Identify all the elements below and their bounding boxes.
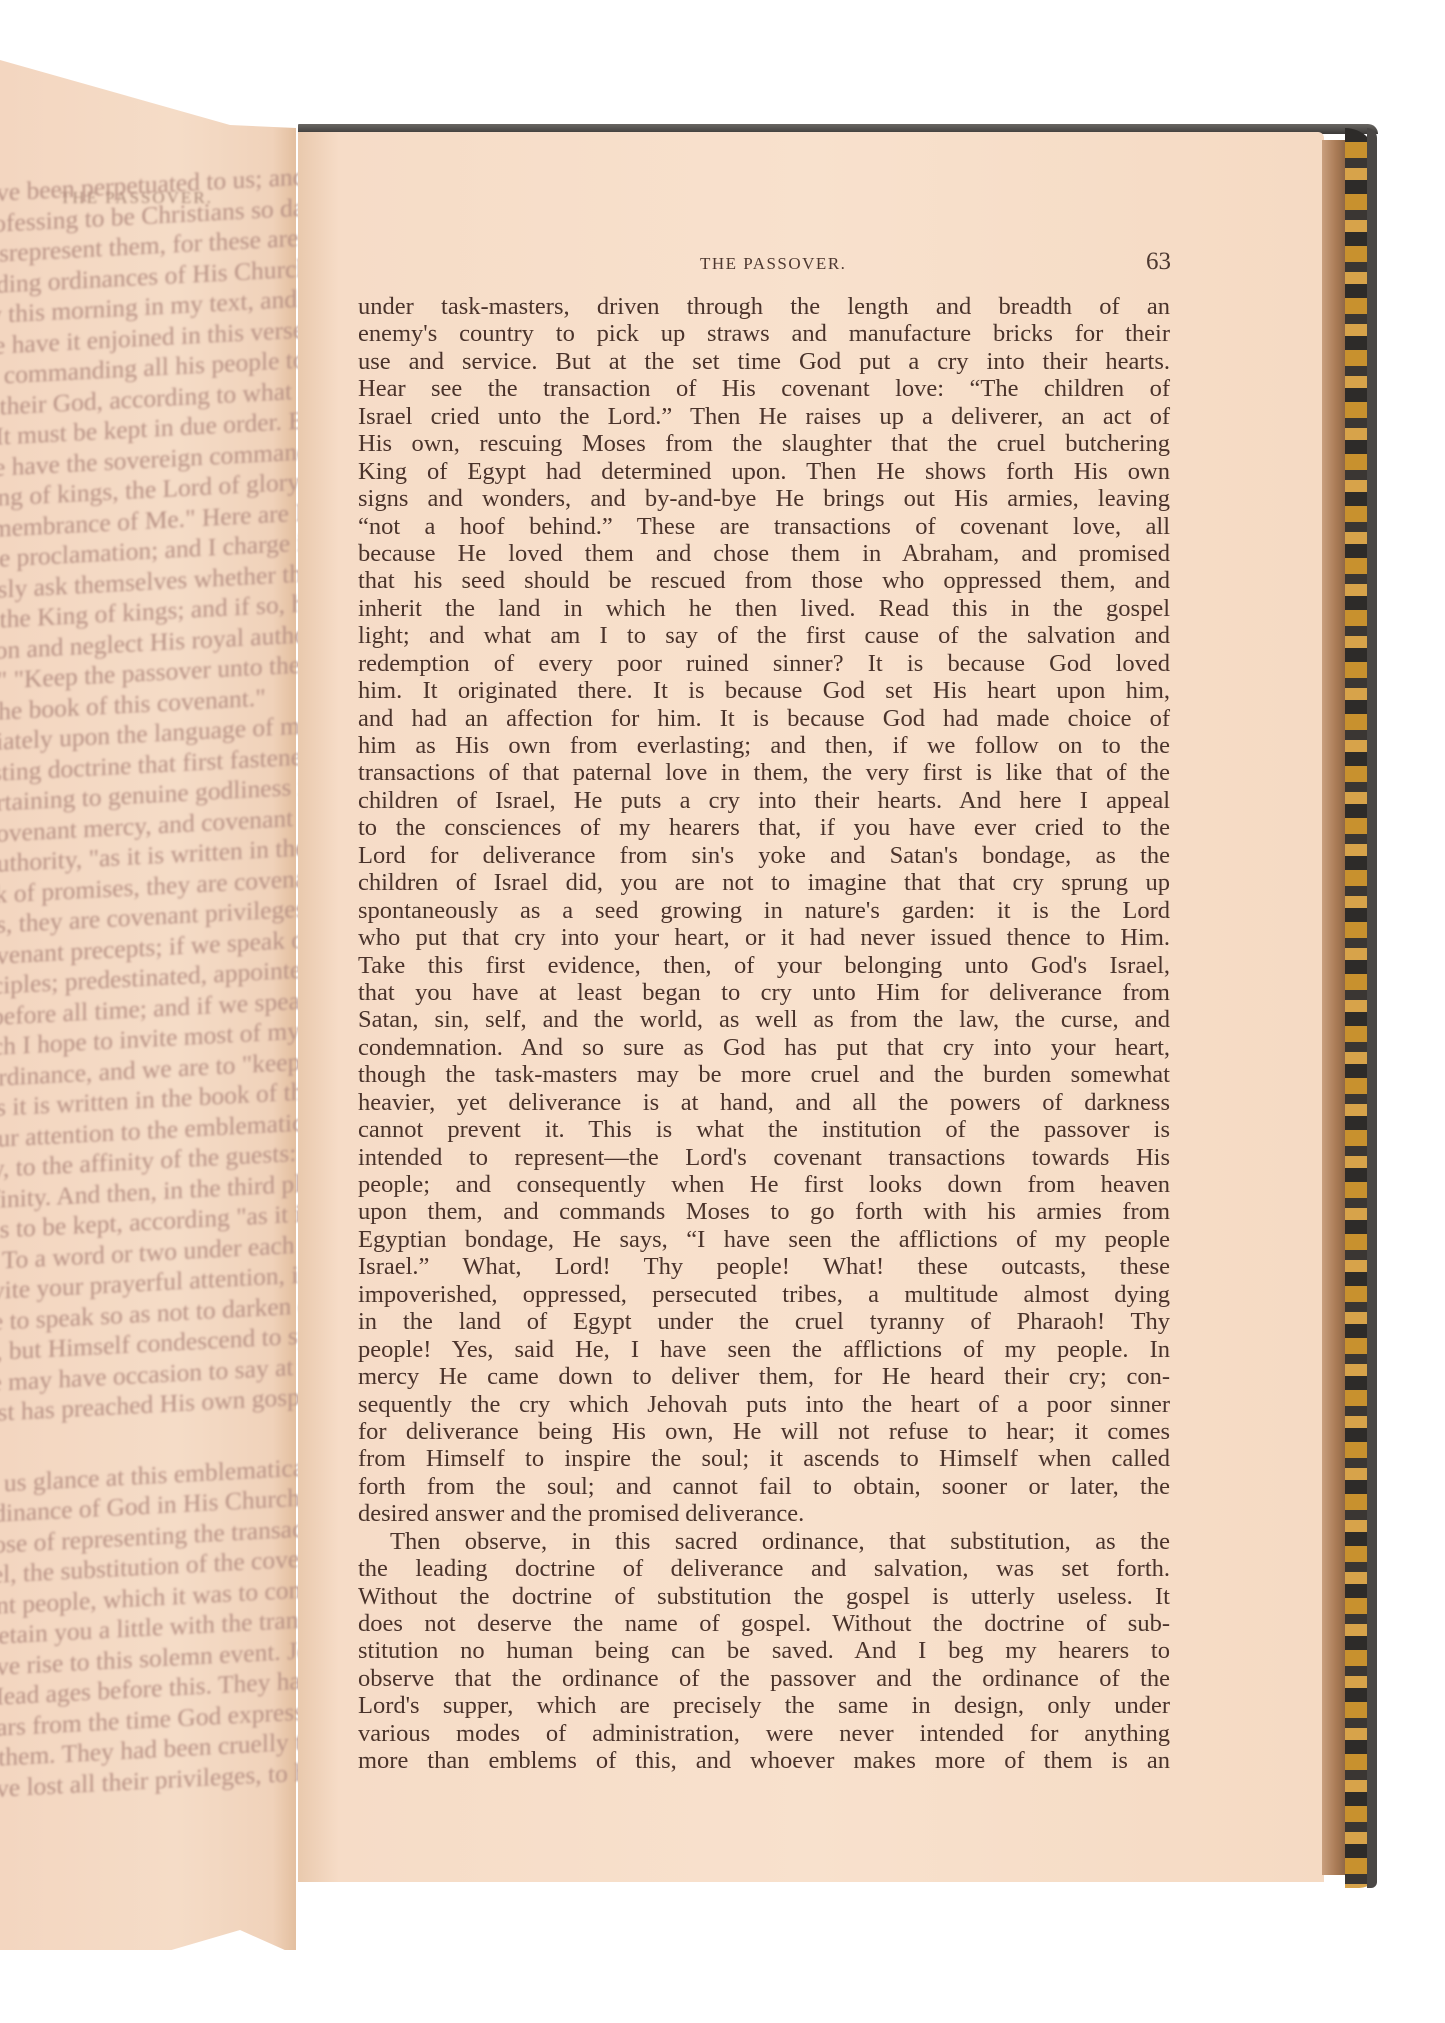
text-line: Then observe, in this sacred ordinance, … — [358, 1528, 1170, 1555]
text-line: to the consciences of my hearers that, i… — [358, 814, 1170, 841]
text-line: him as His own from everlasting; and the… — [358, 732, 1170, 759]
text-line: Satan, sin, self, and the world, as well… — [358, 1006, 1170, 1033]
text-line: because He loved them and chose them in … — [358, 540, 1170, 567]
text-line: sequently the cry which Jehovah puts int… — [358, 1391, 1170, 1418]
text-line: people! Yes, said He, I have seen the af… — [358, 1336, 1170, 1363]
text-line: inherit the land in which he then lived.… — [358, 595, 1170, 622]
text-line: more than emblems of this, and whoever m… — [358, 1747, 1170, 1774]
text-line: mercy He came down to deliver them, for … — [358, 1363, 1170, 1390]
text-line: cannot prevent it. This is what the inst… — [358, 1116, 1170, 1143]
text-line: Israel cried unto the Lord.” Then He rai… — [358, 403, 1170, 430]
text-line: from Himself to inspire the soul; it asc… — [358, 1445, 1170, 1472]
text-line: King of Egypt had determined upon. Then … — [358, 458, 1170, 485]
text-line: use and service. But at the set time God… — [358, 348, 1170, 375]
text-line: light; and what am I to say of the first… — [358, 622, 1170, 649]
text-line: for deliverance being His own, He will n… — [358, 1418, 1170, 1445]
text-line: condemnation. And so sure as God has put… — [358, 1034, 1170, 1061]
text-line: in the land of Egypt under the cruel tyr… — [358, 1308, 1170, 1335]
text-line: transactions of that paternal love in th… — [358, 759, 1170, 786]
gilt-cover-edge — [1345, 128, 1377, 1888]
text-line: Egyptian bondage, He says, “I have seen … — [358, 1226, 1170, 1253]
text-line: though the task-masters may be more crue… — [358, 1061, 1170, 1088]
text-line: Take this first evidence, then, of your … — [358, 952, 1170, 979]
text-line: that his seed should be rescued from tho… — [358, 567, 1170, 594]
left-page-text: have been perpetuated to us; and I wopro… — [0, 162, 309, 1806]
text-line: children of Israel, He puts a cry into t… — [358, 787, 1170, 814]
page-block-edge — [1322, 140, 1346, 1875]
text-line: Hear see the transaction of His covenant… — [358, 375, 1170, 402]
text-line: various modes of administration, were ne… — [358, 1720, 1170, 1747]
text-line: spontaneously as a seed growing in natur… — [358, 897, 1170, 924]
page-number: 63 — [1146, 248, 1171, 276]
text-line: redemption of every poor ruined sinner? … — [358, 650, 1170, 677]
text-line: people; and consequently when He first l… — [358, 1171, 1170, 1198]
text-line: impoverished, oppressed, persecuted trib… — [358, 1281, 1170, 1308]
text-line: enemy's country to pick up straws and ma… — [358, 320, 1170, 347]
text-line: Lord's supper, which are precisely the s… — [358, 1692, 1170, 1719]
text-line: him. It originated there. It is because … — [358, 677, 1170, 704]
text-line: who put that cry into your heart, or it … — [358, 924, 1170, 951]
text-line: Lord for deliverance from sin's yoke and… — [358, 842, 1170, 869]
text-line: Without the doctrine of substitution the… — [358, 1583, 1170, 1610]
text-line: the leading doctrine of deliverance and … — [358, 1555, 1170, 1582]
text-line: upon them, and commands Moses to go fort… — [358, 1198, 1170, 1225]
text-line: observe that the ordinance of the passov… — [358, 1665, 1170, 1692]
text-line: desired answer and the promised delivera… — [358, 1500, 1170, 1527]
text-line: His own, rescuing Moses from the slaught… — [358, 430, 1170, 457]
page-body-text: under task-masters, driven through the l… — [358, 293, 1170, 1775]
text-line: that you have at least began to cry unto… — [358, 979, 1170, 1006]
running-head: THE PASSOVER. — [700, 254, 846, 274]
text-line: forth from the soul; and cannot fail to … — [358, 1473, 1170, 1500]
text-line: under task-masters, driven through the l… — [358, 293, 1170, 320]
text-line: heavier, yet deliverance is at hand, and… — [358, 1089, 1170, 1116]
text-line: does not deserve the name of gospel. Wit… — [358, 1610, 1170, 1637]
text-line: “not a hoof behind.” These are transacti… — [358, 513, 1170, 540]
text-line: and had an affection for him. It is beca… — [358, 705, 1170, 732]
text-line: intended to represent—the Lord's covenan… — [358, 1144, 1170, 1171]
text-line: children of Israel did, you are not to i… — [358, 869, 1170, 896]
text-line: Israel.” What, Lord! Thy people! What! t… — [358, 1253, 1170, 1280]
text-line: signs and wonders, and by-and-bye He bri… — [358, 485, 1170, 512]
text-line: stitution no human being can be saved. A… — [358, 1637, 1170, 1664]
